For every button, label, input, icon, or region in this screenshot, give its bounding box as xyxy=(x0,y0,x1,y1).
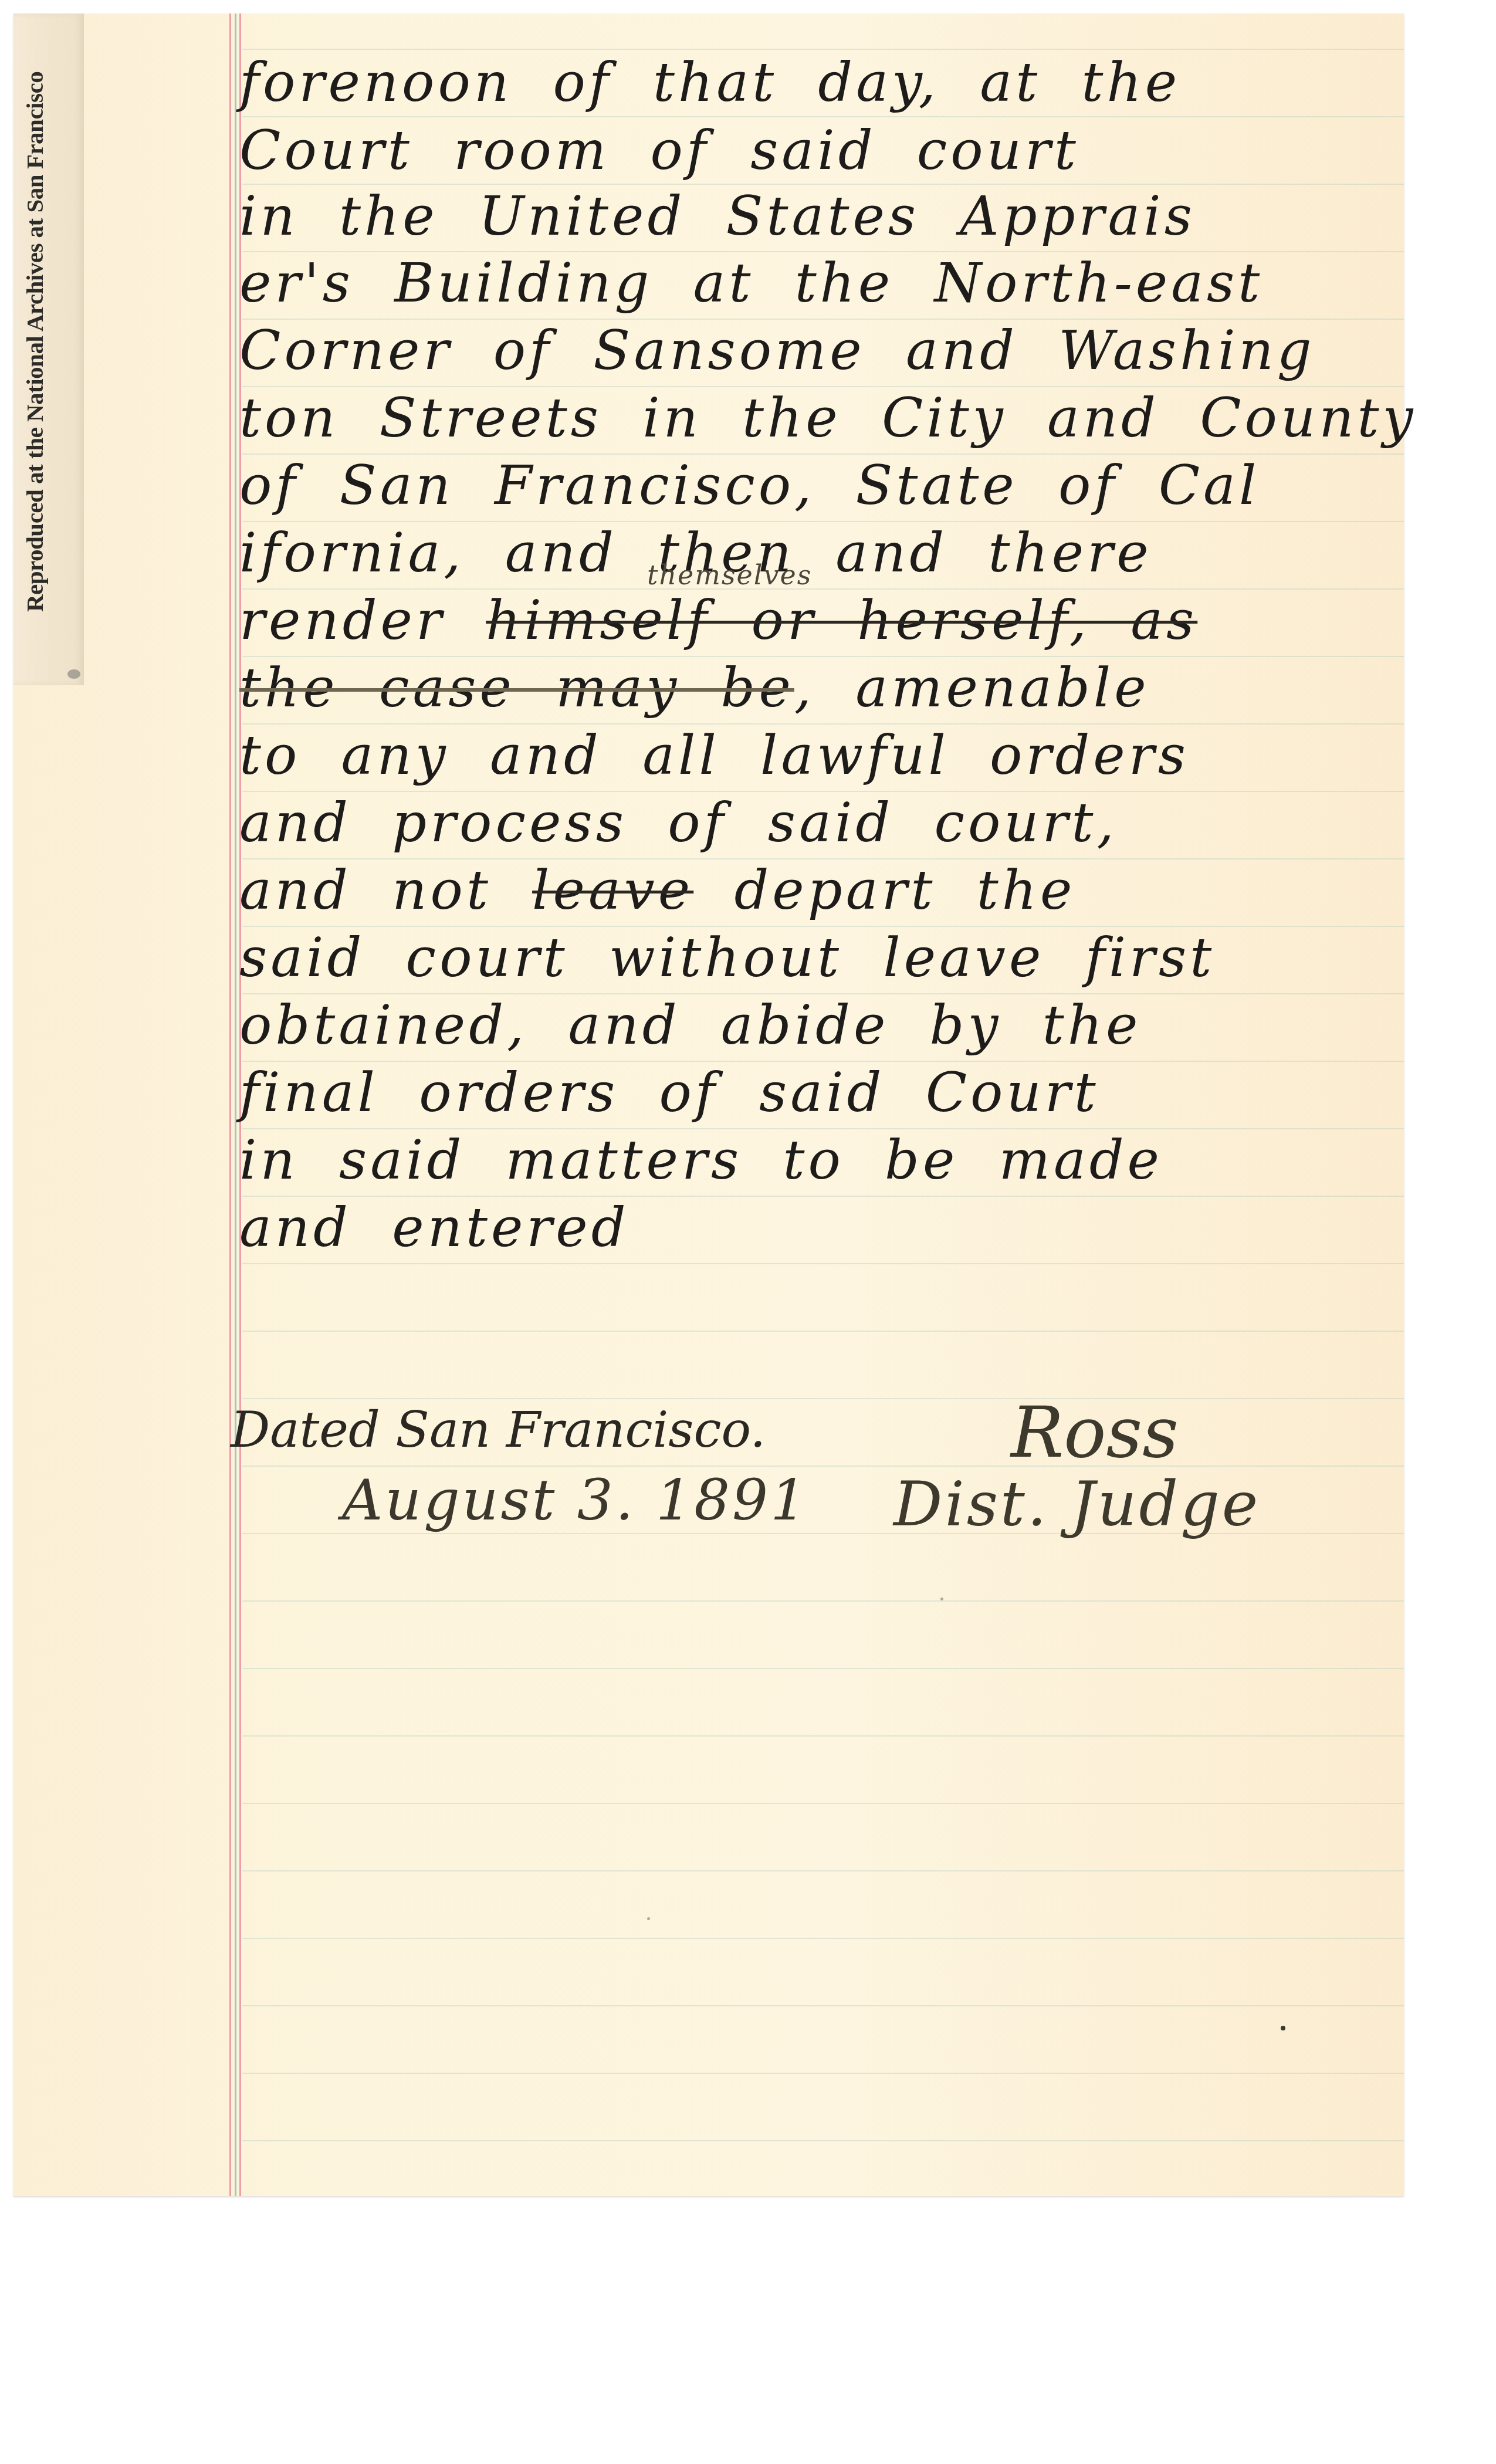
handwritten-line: obtained, and abide by the xyxy=(239,996,1383,1055)
handwritten-line: and entered xyxy=(239,1199,1383,1257)
margin-line-pink xyxy=(229,13,231,2196)
signature-name: Ross xyxy=(1011,1392,1179,1474)
ruled-line xyxy=(242,1600,1404,1602)
handwritten-line: of San Francisco, State of Cal xyxy=(239,456,1383,515)
ruled-line xyxy=(242,1398,1404,1399)
handwritten-line: to any and all lawful orders xyxy=(239,726,1383,785)
handwritten-line-with-strikethrough: the case may be, amenable xyxy=(239,659,1383,717)
handwritten-line: in said matters to be made xyxy=(239,1131,1383,1190)
ruled-line xyxy=(242,1803,1404,1804)
dated-place: Dated San Francisco. xyxy=(231,1401,766,1458)
ruled-line xyxy=(242,2073,1404,2074)
ink-speck xyxy=(647,1917,650,1920)
archive-label-strip: Reproduced at the National Archives at S… xyxy=(13,13,84,685)
handwritten-line: and process of said court, xyxy=(239,794,1383,852)
struck-text: himself or herself, as xyxy=(486,589,1197,652)
archive-label-text: Reproduced at the National Archives at S… xyxy=(22,84,48,612)
ruled-line xyxy=(242,1938,1404,1939)
struck-text: leave xyxy=(532,859,693,922)
ruled-line xyxy=(242,1735,1404,1737)
line-text: render xyxy=(239,589,486,652)
handwritten-line: Court room of said court xyxy=(239,121,1383,180)
margin-line-teal xyxy=(235,13,236,2196)
line-text: depart the xyxy=(693,859,1075,922)
handwritten-line: forenoon of that day, at the xyxy=(239,53,1383,112)
handwritten-line: in the United States Apprais xyxy=(239,187,1383,246)
ruled-line xyxy=(242,1263,1404,1264)
handwritten-line: final orders of said Court xyxy=(239,1064,1383,1122)
ruled-line xyxy=(242,1870,1404,1871)
handwritten-line: er's Building at the North-east xyxy=(239,254,1383,313)
handwritten-line: ton Streets in the City and County xyxy=(239,389,1383,448)
ruled-line xyxy=(242,116,1404,117)
ruled-line xyxy=(242,2005,1404,2006)
handwritten-line: said court without leave first xyxy=(239,929,1383,987)
struck-text: the case may be xyxy=(239,656,794,719)
ruled-line xyxy=(242,49,1404,50)
interlinear-insertion: themselves xyxy=(647,559,812,591)
line-text: and not xyxy=(239,859,532,922)
dated-date: August 3. 1891 xyxy=(342,1467,808,1533)
ruled-line xyxy=(242,1465,1404,1467)
ruled-line xyxy=(242,1331,1404,1332)
ink-speck xyxy=(940,1597,943,1600)
signature-title: Dist. Judge xyxy=(893,1468,1260,1540)
handwritten-line-with-strikethrough: and not leave depart the xyxy=(239,861,1383,920)
ruled-line xyxy=(242,2140,1404,2141)
ink-speck xyxy=(1281,2026,1285,2030)
line-text: , amenable xyxy=(794,656,1150,719)
tape-mark xyxy=(67,669,80,679)
handwritten-line: Corner of Sansome and Washing xyxy=(239,321,1383,380)
ruled-line xyxy=(242,1668,1404,1669)
handwritten-line-with-strikethrough: render himself or herself, as xyxy=(239,591,1383,650)
document-page: Reproduced at the National Archives at S… xyxy=(13,13,1404,2196)
